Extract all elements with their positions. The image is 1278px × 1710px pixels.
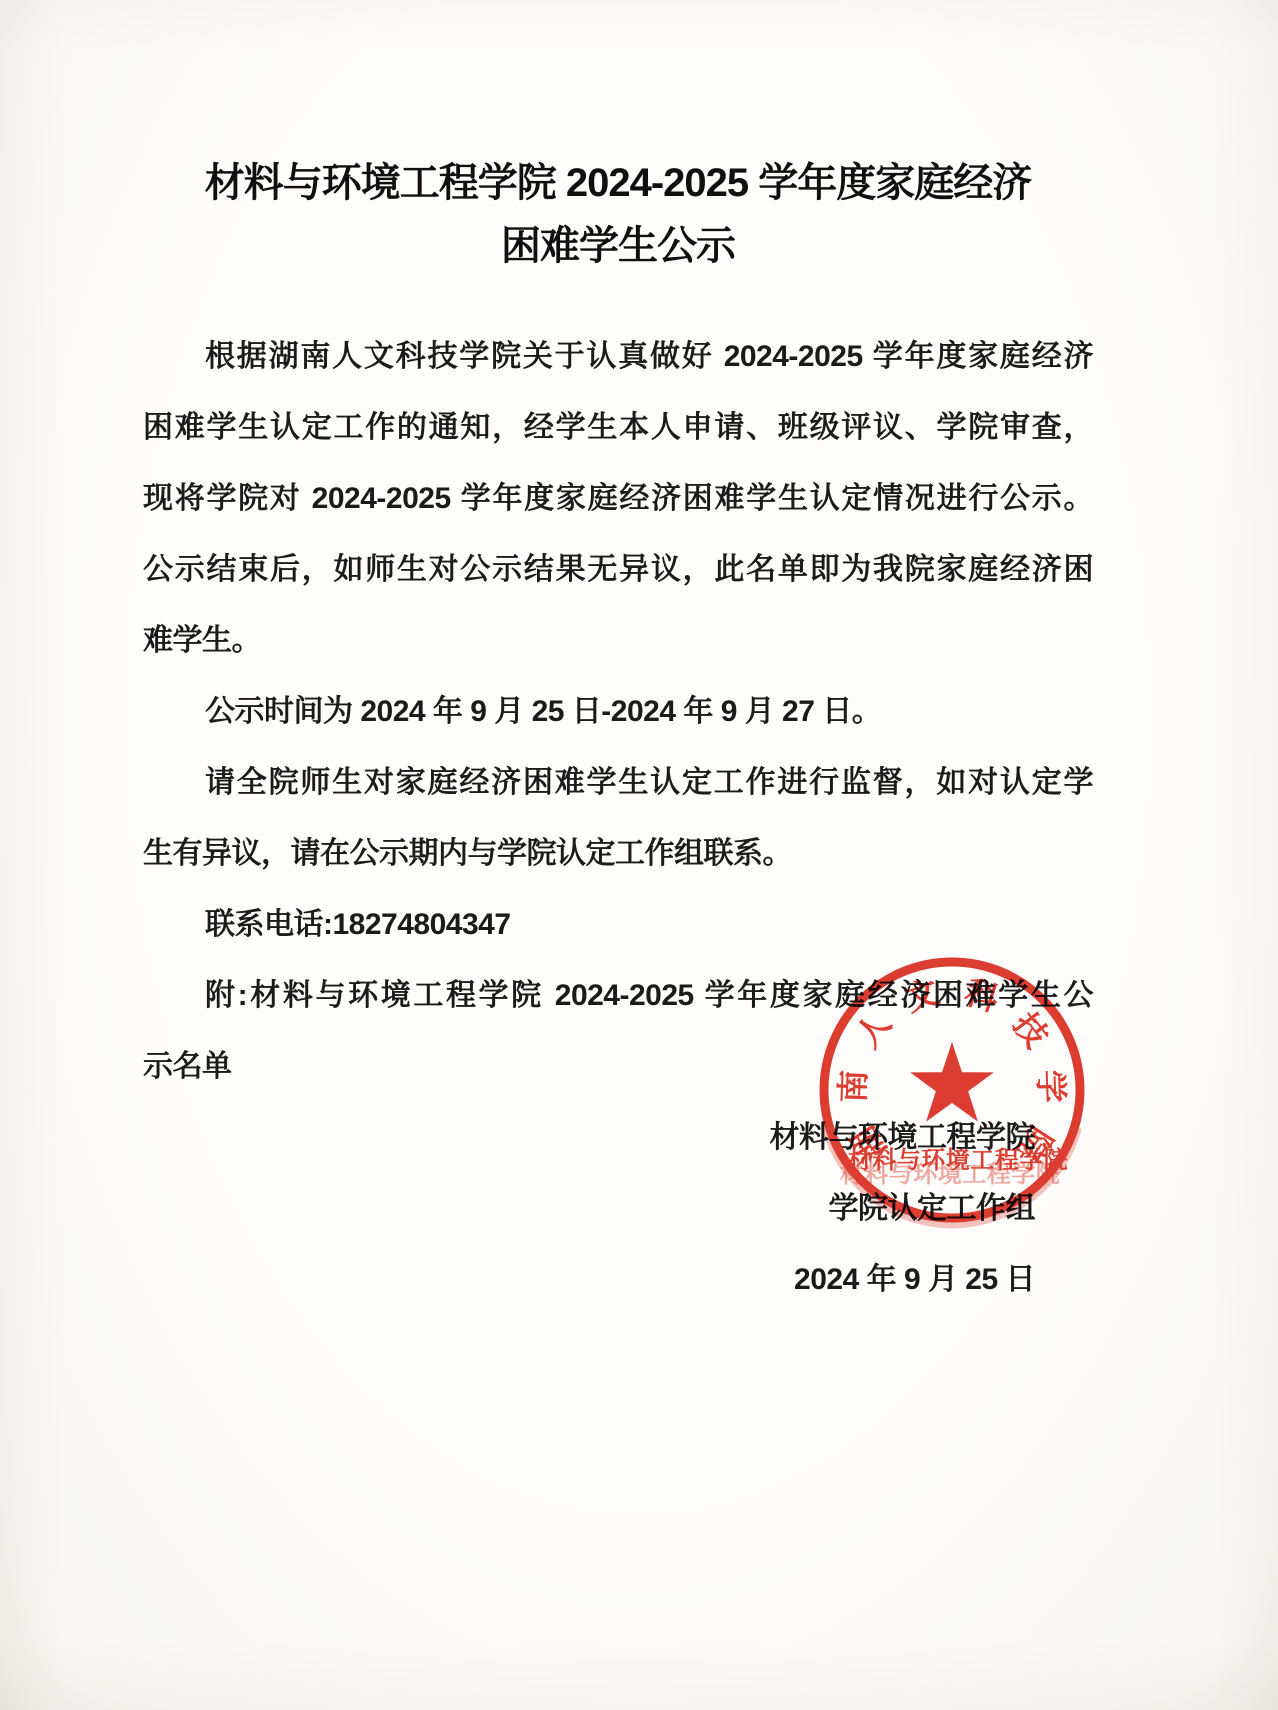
text-line: 2024 年 9 月 25 日 [143, 1244, 1093, 1315]
doc-title-line1: 材料与环境工程学院 2024-2025 学年度家庭经济 [143, 152, 1093, 215]
text-line: 困难学生认定工作的通知，经学生本人申请、班级评议、学院审查， [143, 392, 1093, 463]
text-line: 难学生。 [143, 605, 1093, 676]
document-page: 材料与环境工程学院 2024-2025 学年度家庭经济 困难学生公示 根据湖南人… [0, 0, 1278, 1710]
doc-title-line2: 困难学生公示 [143, 215, 1093, 278]
seal-ring-char: 文 [901, 973, 944, 1018]
seal-subtext: 材料与环境工程学院 [848, 1146, 1069, 1174]
text-line: 生有异议，请在公示期内与学院认定工作组联系。 [143, 818, 1093, 889]
seal-ring-char: 人 [848, 1006, 897, 1055]
star-icon [910, 1042, 994, 1122]
seal-ring-char: 技 [1006, 1006, 1055, 1055]
text-line: 现将学院对 2024-2025 学年度家庭经济困难学生认定情况进行公示。 [143, 463, 1093, 534]
text-line: 公示时间为 2024 年 9 月 25 日-2024 年 9 月 27 日。 [143, 676, 1093, 747]
official-seal: 湖南人文科技学院 材料与环境工程学院 材料与环境工程学院 [792, 930, 1112, 1250]
text-line: 公示结束后，如师生对公示结果无异议，此名单即为我院家庭经济困 [143, 534, 1093, 605]
seal-ring-char: 南 [834, 1069, 872, 1103]
text-line: 根据湖南人文科技学院关于认真做好 2024-2025 学年度家庭经济 [143, 321, 1093, 392]
seal-ring-char: 科 [961, 973, 1004, 1018]
seal-ring-char: 学 [1032, 1069, 1070, 1103]
text-line: 请全院师生对家庭经济困难学生认定工作进行监督，如对认定学 [143, 747, 1093, 818]
doc-title: 材料与环境工程学院 2024-2025 学年度家庭经济 困难学生公示 [143, 152, 1093, 278]
